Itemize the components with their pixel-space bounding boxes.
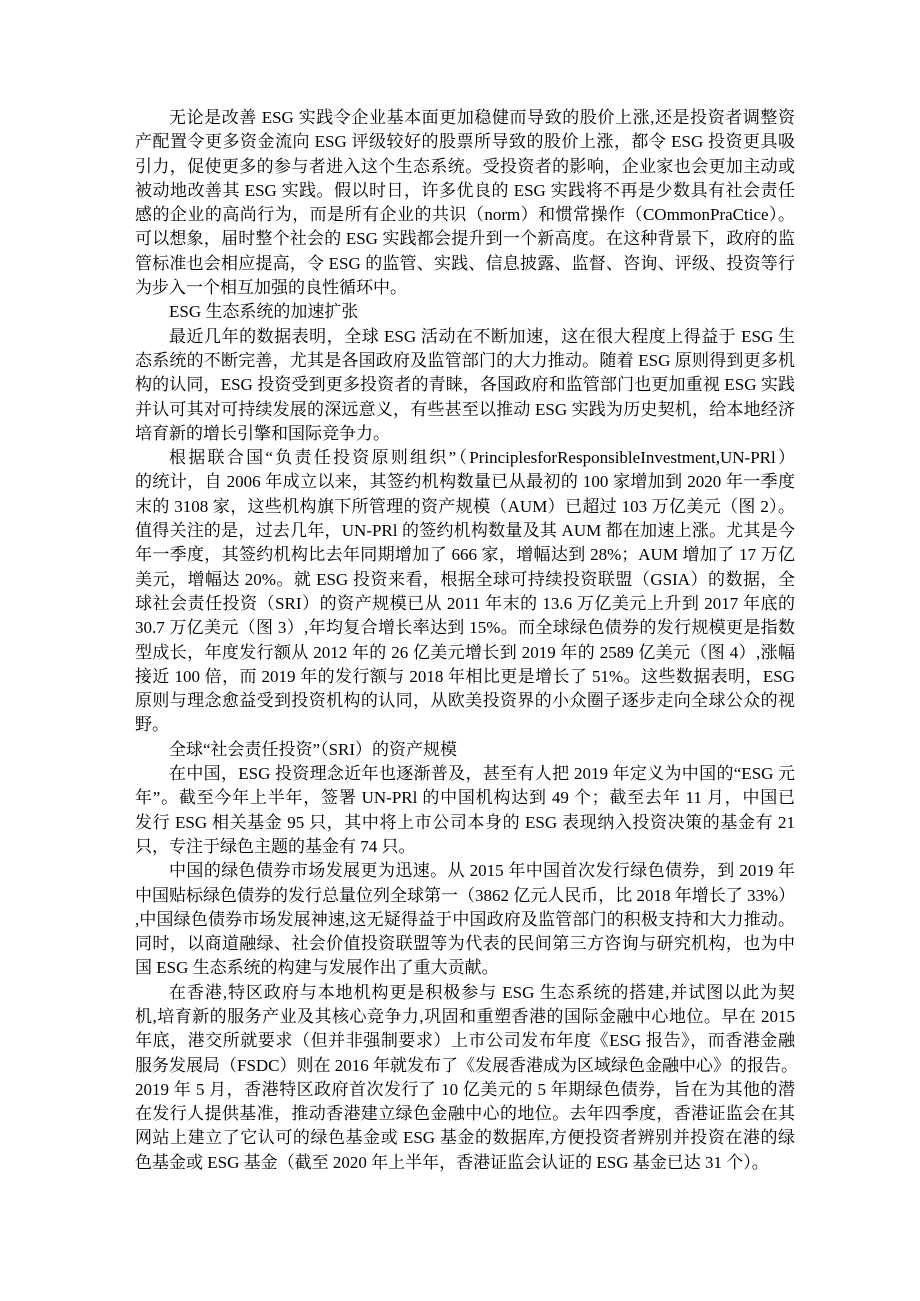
paragraph: 中国的绿色债券市场发展更为迅速。从 2015 年中国首次发行绿色债券，到 201… [135,859,795,980]
text-line: 在香港,特区政府与本地机构更是积极参与 ESG 生态系统的搭建,并试图以此为契 [135,981,795,1005]
heading-text-line: ESG 生态系统的加速扩张 [135,300,795,324]
text-line: 服务发展局（FSDC）则在 2016 年就发布了《发展香港成为区域绿色金融中心》… [135,1054,795,1078]
text-line: 发行 ESG 相关基金 95 只，其中将上市公司本身的 ESG 表现纳入投资决策… [135,811,795,835]
text-line: 值得关注的是，过去几年，UN-PRl 的签约机构数量及其 AUM 都在加速上涨。… [135,519,795,543]
heading-text-line: 全球“社会责任投资”（SRI）的资产规模 [135,738,795,762]
text-line: 并认可其对可持续发展的深远意义，有些甚至以推动 ESG 实践为历史契机，给本地经… [135,398,795,422]
document-page: 无论是改善 ESG 实践令企业基本面更加稳健而导致的股价上涨,还是投资者调整资产… [0,0,920,1301]
text-line: 感的企业的高尚行为，而是所有企业的共识（norm）和惯常操作（COmmonPra… [135,203,795,227]
text-line: 在中国，ESG 投资理念近年也逐渐普及，甚至有人把 2019 年定义为中国的“E… [135,762,795,786]
paragraph: 根据联合国“负责任投资原则组织”（PrinciplesforResponsibl… [135,446,795,738]
text-line: 根据联合国“负责任投资原则组织”（PrinciplesforResponsibl… [135,446,795,470]
text-line: 球社会责任投资（SRI）的资产规模已从 2011 年末的 13.6 万亿美元上升… [135,592,795,616]
text-line: 只，专注于绿色主题的基金有 74 只。 [135,835,795,859]
text-line: 美元，增幅达 20%。就 ESG 投资来看，根据全球可持续投资联盟（GSIA）的… [135,568,795,592]
text-line: 末的 3108 家，这些机构旗下所管理的资产规模（AUM）已超过 103 万亿美… [135,495,795,519]
text-line: 中国贴标绿色债券的发行总量位列全球第一（3862 亿元人民币，比 2018 年增… [135,884,795,908]
section-heading: 全球“社会责任投资”（SRI）的资产规模 [135,738,795,762]
text-line: 为步入一个相互加强的良性循环中。 [135,276,795,300]
text-line: 最近几年的数据表明，全球 ESG 活动在不断加速，这在很大程度上得益于 ESG … [135,325,795,349]
text-line: 的统计，自 2006 年成立以来，其签约机构数量已从最初的 100 家增加到 2… [135,470,795,494]
text-line: 培育新的增长引擎和国际竞争力。 [135,422,795,446]
paragraph: 在中国，ESG 投资理念近年也逐渐普及，甚至有人把 2019 年定义为中国的“E… [135,762,795,859]
text-line: 色基金或 ESG 基金（截至 2020 年上半年，香港证监会认证的 ESG 基金… [135,1151,795,1175]
text-line: 接近 100 倍，而 2019 年的发行额与 2018 年相比更是增长了 51%… [135,665,795,689]
text-line: 构的认同，ESG 投资受到更多投资者的青睐，各国政府和监管部门也更加重视 ESG… [135,373,795,397]
text-line: 2019 年 5 月，香港特区政府首次发行了 10 亿美元的 5 年期绿色债券，… [135,1078,795,1102]
text-line: 原则与理念愈益受到投资机构的认同，从欧美投资界的小众圈子逐步走向全球公众的视 [135,689,795,713]
text-line: 被动地改善其 ESG 实践。假以时日，许多优良的 ESG 实践将不再是少数具有社… [135,179,795,203]
text-line: 年底，港交所就要求（但并非强制要求）上市公司发布年度《ESG 报告》，而香港金融 [135,1029,795,1053]
paragraph: 无论是改善 ESG 实践令企业基本面更加稳健而导致的股价上涨,还是投资者调整资产… [135,106,795,300]
text-line: 中国的绿色债券市场发展更为迅速。从 2015 年中国首次发行绿色债券，到 201… [135,859,795,883]
text-line: 引力，促使更多的参与者进入这个生态系统。受投资者的影响，企业家也会更加主动或 [135,155,795,179]
text-line: 管标准也会相应提高，令 ESG 的监管、实践、信息披露、监督、咨询、评级、投资等… [135,252,795,276]
text-line: 30.7 万亿美元（图 3）,年均复合增长率达到 15%。而全球绿色债券的发行规… [135,616,795,640]
text-line: 可以想象，届时整个社会的 ESG 实践都会提升到一个新高度。在这种背景下，政府的… [135,227,795,251]
text-line: 产配置令更多资金流向 ESG 评级较好的股票所导致的股价上涨，都令 ESG 投资… [135,130,795,154]
text-line: 野。 [135,713,795,737]
text-line: 机,培育新的服务产业及其核心竞争力,巩固和重塑香港的国际金融中心地位。早在 20… [135,1005,795,1029]
text-line: 同时，以商道融绿、社会价值投资联盟等为代表的民间第三方咨询与研究机构，也为中 [135,932,795,956]
text-line: ,中国绿色债券市场发展神速,这无疑得益于中国政府及监管部门的积极支持和大力推动。 [135,908,795,932]
text-line: 年一季度，其签约机构比去年同期增加了 666 家，增幅达到 28%；AUM 增加… [135,543,795,567]
text-line: 网站上建立了它认可的绿色基金或 ESG 基金的数据库,方便投资者辨别并投资在港的… [135,1126,795,1150]
document-body: 无论是改善 ESG 实践令企业基本面更加稳健而导致的股价上涨,还是投资者调整资产… [135,106,795,1175]
paragraph: 在香港,特区政府与本地机构更是积极参与 ESG 生态系统的搭建,并试图以此为契机… [135,981,795,1175]
section-heading: ESG 生态系统的加速扩张 [135,300,795,324]
text-line: 年”。截至今年上半年，签署 UN-PRl 的中国机构达到 49 个；截至去年 1… [135,786,795,810]
paragraph: 最近几年的数据表明，全球 ESG 活动在不断加速，这在很大程度上得益于 ESG … [135,325,795,446]
text-line: 态系统的不断完善，尤其是各国政府及监管部门的大力推动。随着 ESG 原则得到更多… [135,349,795,373]
text-line: 在发行人提供基准，推动香港建立绿色金融中心的地位。去年四季度，香港证监会在其 [135,1102,795,1126]
text-line: 型成长，年度发行额从 2012 年的 26 亿美元增长到 2019 年的 258… [135,641,795,665]
text-line: 国 ESG 生态系统的构建与发展作出了重大贡献。 [135,956,795,980]
text-line: 无论是改善 ESG 实践令企业基本面更加稳健而导致的股价上涨,还是投资者调整资 [135,106,795,130]
